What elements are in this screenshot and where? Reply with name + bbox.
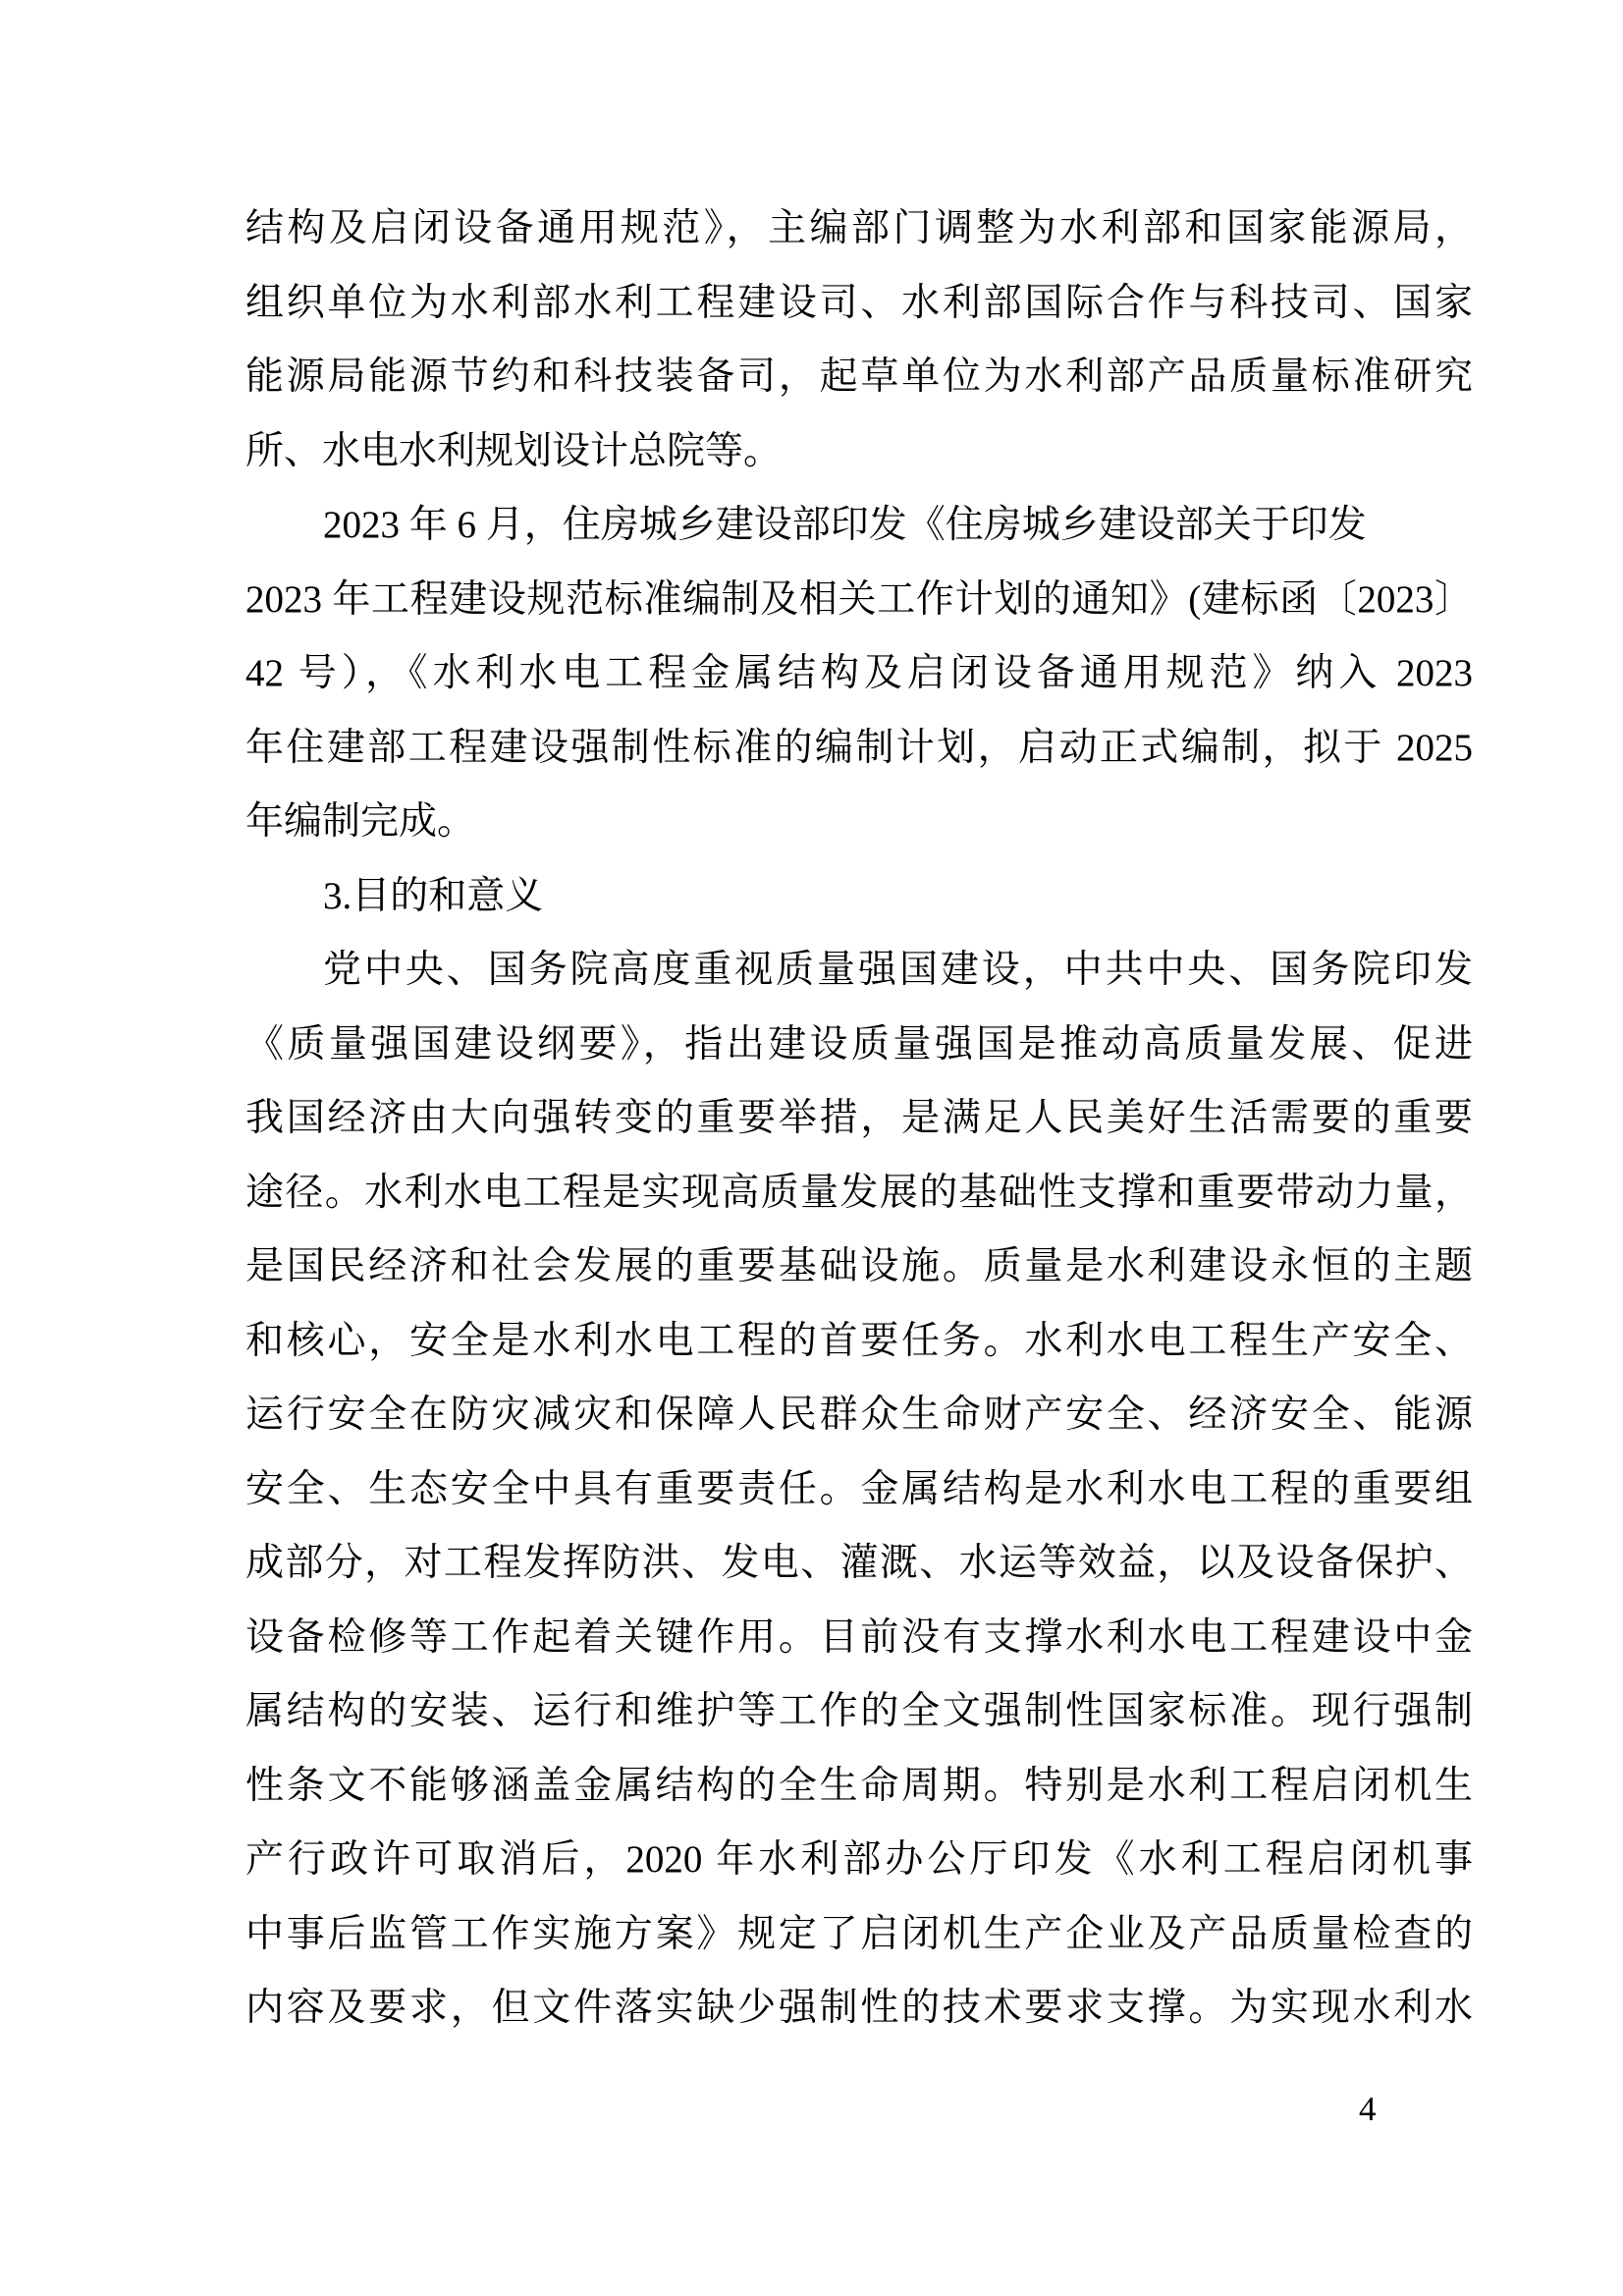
text-line: 中事后监管工作实施方案》规定了启闭机生产企业及产品质量检查的 xyxy=(245,1897,1473,1972)
text-line: 是国民经济和社会发展的重要基础设施。质量是水利建设永恒的主题 xyxy=(245,1230,1473,1304)
text-line: 所、水电水利规划设计总院等。 xyxy=(245,414,1473,489)
document-page: 结构及启闭设备通用规范》，主编部门调整为水利部和国家能源局，组织单位为水利部水利… xyxy=(0,0,1623,2296)
text-line: 途径。水利水电工程是实现高质量发展的基础性支撑和重要带动力量， xyxy=(245,1156,1473,1230)
page-number: 4 xyxy=(1359,2090,1377,2129)
text-line: 3.目的和意义 xyxy=(245,859,1473,934)
text-line: 性条文不能够涵盖金属结构的全生命周期。特别是水利工程启闭机生 xyxy=(245,1749,1473,1824)
text-line: 成部分，对工程发挥防洪、发电、灌溉、水运等效益，以及设备保护、 xyxy=(245,1526,1473,1601)
text-line: 年编制完成。 xyxy=(245,785,1473,859)
text-line: 2023 年 6 月，住房城乡建设部印发《住房城乡建设部关于印发 xyxy=(245,488,1473,563)
text-line: 和核心，安全是水利水电工程的首要任务。水利水电工程生产安全、 xyxy=(245,1304,1473,1379)
text-line: 我国经济由大向强转变的重要举措，是满足人民美好生活需要的重要 xyxy=(245,1081,1473,1156)
text-line: 安全、生态安全中具有重要责任。金属结构是水利水电工程的重要组 xyxy=(245,1452,1473,1527)
text-line: 属结构的安装、运行和维护等工作的全文强制性国家标准。现行强制 xyxy=(245,1674,1473,1749)
text-line: 组织单位为水利部水利工程建设司、水利部国际合作与科技司、国家 xyxy=(245,266,1473,341)
text-line: 产行政许可取消后，2020 年水利部办公厅印发《水利工程启闭机事 xyxy=(245,1823,1473,1897)
text-line: 内容及要求，但文件落实缺少强制性的技术要求支撑。为实现水利水 xyxy=(245,1971,1473,2046)
text-line: 《质量强国建设纲要》，指出建设质量强国是推动高质量发展、促进 xyxy=(245,1008,1473,1082)
text-line: 年住建部工程建设强制性标准的编制计划，启动正式编制，拟于 2025 xyxy=(245,711,1473,786)
text-line: 42 号），《水利水电工程金属结构及启闭设备通用规范》纳入 2023 xyxy=(245,636,1473,711)
text-line: 党中央、国务院高度重视质量强国建设，中共中央、国务院印发 xyxy=(245,933,1473,1008)
text-line: 结构及启闭设备通用规范》，主编部门调整为水利部和国家能源局， xyxy=(245,191,1473,266)
text-line: 设备检修等工作起着关键作用。目前没有支撑水利水电工程建设中金 xyxy=(245,1601,1473,1675)
text-line: 能源局能源节约和科技装备司，起草单位为水利部产品质量标准研究 xyxy=(245,340,1473,414)
text-line: 2023 年工程建设规范标准编制及相关工作计划的通知》(建标函〔2023〕 xyxy=(245,563,1473,637)
document-text-block: 结构及启闭设备通用规范》，主编部门调整为水利部和国家能源局，组织单位为水利部水利… xyxy=(245,191,1473,2046)
text-line: 运行安全在防灾减灾和保障人民群众生命财产安全、经济安全、能源 xyxy=(245,1378,1473,1452)
